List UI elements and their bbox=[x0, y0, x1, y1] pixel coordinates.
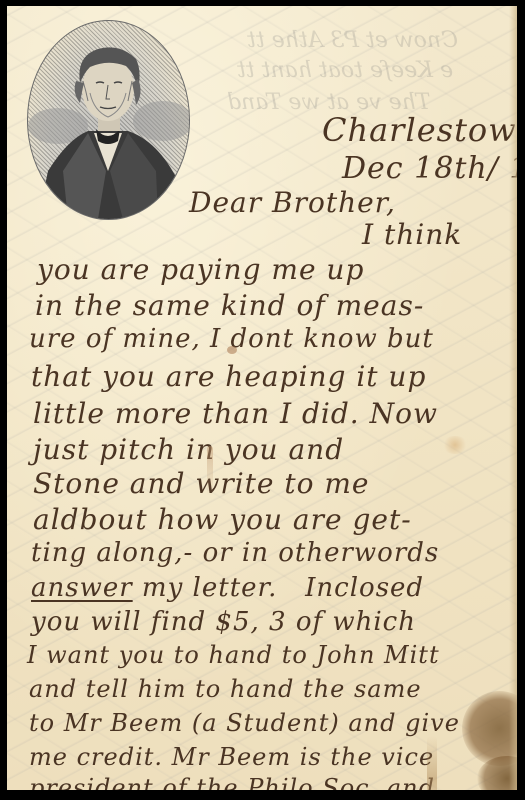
letter-line: ure of mine, I dont know but bbox=[29, 324, 434, 354]
portrait-figure-icon bbox=[28, 21, 189, 219]
engraved-portrait bbox=[27, 20, 190, 220]
spot-stain bbox=[442, 436, 468, 454]
bleed-through-text: e Keefe toat hant tt bbox=[237, 58, 453, 83]
underlined-word: answer bbox=[31, 573, 133, 603]
letter-line: in the same kind of meas- bbox=[35, 289, 424, 322]
water-stain bbox=[462, 691, 517, 766]
letter-line: to Mr Beem (a Student) and give bbox=[29, 709, 460, 737]
letter-date: Dec 18th/ 1854 bbox=[342, 151, 517, 186]
letter-place: Charlestown bbox=[322, 111, 517, 149]
letter-line-rest: my letter. Inclosed bbox=[133, 573, 424, 603]
letter-line: you will find $5, 3 of which bbox=[31, 607, 416, 637]
letter-line-answer: answer my letter. Inclosed bbox=[31, 573, 424, 603]
water-stain bbox=[477, 756, 517, 790]
letter-line: and tell him to hand the same bbox=[29, 675, 422, 703]
letter-line: that you are heaping it up bbox=[31, 360, 426, 393]
letter-salutation: Dear Brother, bbox=[189, 186, 396, 219]
letter-line: just pitch in you and bbox=[33, 433, 344, 466]
letter-line: ting along,- or in otherwords bbox=[31, 538, 439, 568]
letter-line: I want you to hand to John Mitt bbox=[27, 641, 440, 669]
letter-line: president of the Philo Soc, and bbox=[29, 774, 435, 790]
letter-line: aldbout how you are get- bbox=[33, 503, 412, 536]
bleed-through-text: Cnow et P3 Athe tt bbox=[247, 28, 458, 53]
letter-line: you are paying me up bbox=[37, 253, 364, 286]
letter-page: Cnow et P3 Athe tt e Keefe toat hant tt … bbox=[7, 6, 517, 790]
letter-line: Stone and write to me bbox=[33, 467, 370, 500]
letter-line: little more than I did. Now bbox=[33, 397, 438, 430]
letter-line: I think bbox=[362, 218, 462, 251]
letter-line: me credit. Mr Beem is the vice bbox=[29, 743, 434, 771]
